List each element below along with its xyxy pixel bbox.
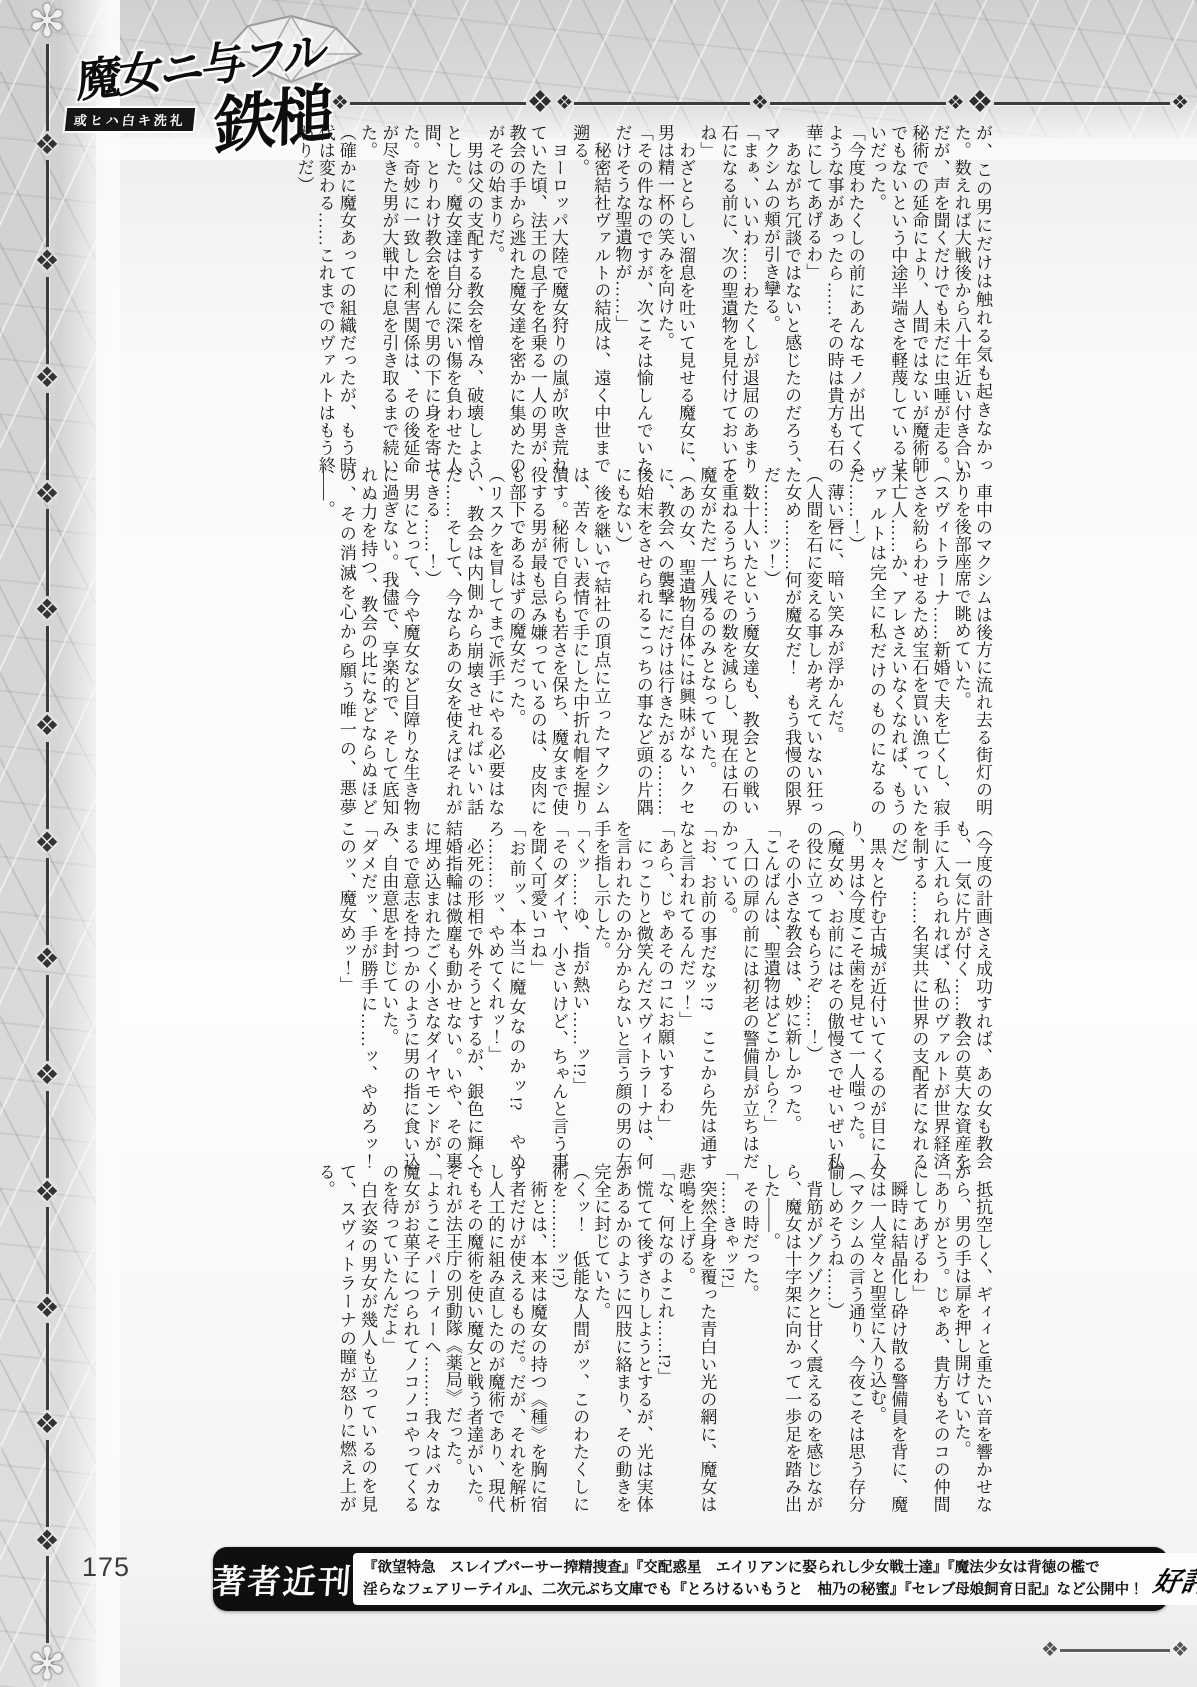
text-column-paragraph: 「お、お前の事だなッ!? ここから先は通すなと言われてるんだッ！」 [675, 820, 717, 1170]
text-column-paragraph: 抵抗空しく、ギィィと重たい音を響かせながら、男の手は扉を押し開けていた。 [951, 1163, 993, 1513]
on-sale-badge: 好評発売中！ [1151, 1560, 1197, 1599]
text-band-3: （今度の計画さえ成功すれば、あの女も教会も、一気に片が付く……教会の莫大な資産を… [336, 820, 993, 1170]
text-column-paragraph: （リスクを冒してまで派手にやる必要はない、教会は内側から崩壊させればいい話だ……… [421, 466, 506, 816]
ornament-link-line [574, 102, 750, 105]
text-column-paragraph: 「その件なのですが、次こそは愉しんでいただけそうな聖遺物が……」 [611, 124, 653, 474]
text-band-1: が、この男にだけは触れる気も起きなかった。数えれば大戦後から八十年近い付き合いだ… [293, 124, 993, 474]
text-column-paragraph: 秘密結社ヴァルトの結成は、遠く中世まで遡る。 [569, 124, 611, 474]
text-column-paragraph: 「今度わたくしの前にあんなモノが出てくるような事があったら……その時は貴方も石の… [802, 124, 866, 474]
text-column-paragraph: 慌てて後ずさりしようとするが、光は実体があるかのように四肢に絡まり、その動きを完… [590, 1163, 654, 1513]
text-column-paragraph: 男は父の支配する教会を憎み、破壊しようとした。魔女達は自分に深い傷を負わせた人間… [357, 124, 484, 474]
ornament-link-line [46, 858, 49, 945]
ornament-link-line [46, 1091, 49, 1178]
diamond-ornament-icon: ❖ [34, 247, 59, 276]
author-works-footer: 著者近刊 『欲望特急 スレイブバーサー搾精捜査』『交配惑星 エイリアンに娶られし… [213, 1547, 1168, 1611]
diamond-ornament-icon: ❖ [1171, 93, 1189, 113]
text-column-paragraph: 数十人いたという魔女達も、教会との戦いを重ねるうちにその数を減らし、現在は石の魔… [696, 466, 760, 816]
text-column-paragraph: （マクシムの言う通り、今夜こそは思う存分愉しめそうね……） [823, 1163, 865, 1513]
diamond-ornament-icon: ❖ [34, 712, 59, 741]
text-column-paragraph: （くッ！ 低能な人間がッ、このわたくしに術を………ッ!?） [548, 1163, 590, 1513]
diamond-ornament-icon: ❖ [34, 131, 59, 160]
crystal-ornament-icon: ✻ [29, 0, 66, 44]
text-column-paragraph: 「……きゃッ!?」 [717, 1163, 738, 1513]
text-column-paragraph: 後を継いで結社の頂点に立ったマクシムは、苦々しい表情で手にした中折れ帽を握り潰す… [505, 466, 611, 816]
text-column-paragraph: 車中のマクシムは後方に流れ去る街灯の明かりを後部座席で眺めていた。 [951, 466, 993, 816]
footer-label: 著者近刊 [211, 1556, 354, 1603]
ornament-link-line [350, 102, 526, 105]
text-column-paragraph: わざとらしい溜息を吐いて見せる魔女に、男は精一杯の笑みを向けた。 [654, 124, 696, 474]
text-column-paragraph: 「そのダイヤ、小さいけど、ちゃんと言う事を聞く可愛いコね」 [527, 820, 569, 1170]
ornament-link-line [46, 1556, 49, 1643]
text-column-paragraph: 「あら、じゃあそのコにお願いするわ」 [654, 820, 675, 1170]
diamond-ornament-icon: ❖ [1041, 1640, 1059, 1660]
ornament-link-line [46, 393, 49, 480]
diamond-ornament-icon: ❖ [34, 1178, 59, 1207]
footer-book-list: 『欲望特急 スレイブバーサー搾精捜査』『交配惑星 エイリアンに娶られし少女戦士達… [363, 1557, 1144, 1602]
ornament-link-line [770, 102, 946, 105]
text-column-paragraph: 突然全身を覆った青白い光の網に、魔女は悲鳴を上げる。 [675, 1163, 717, 1513]
ornament-link-line [46, 1323, 49, 1410]
text-column-paragraph: 瞬時に結晶化し砕け散る警備員を背に、魔女は一人堂々と聖堂に入り込む。 [866, 1163, 908, 1513]
magazine-page: { "page": { "number": "175" }, "logo": {… [0, 0, 1197, 1687]
text-column-paragraph: （今度の計画さえ成功すれば、あの女も教会も、一気に片が付く……教会の莫大な資産を… [887, 820, 993, 1170]
logo-subtitle: 或ヒハ白キ洗礼 [65, 108, 195, 131]
diamond-ornament-icon: ❖ [34, 480, 59, 509]
text-column-paragraph: 「こんばんは、聖遺物はどこかしら？」 [760, 820, 781, 1170]
footer-panel: 『欲望特急 スレイブバーサー搾精捜査』『交配惑星 エイリアンに娶られし少女戦士達… [353, 1553, 1197, 1605]
text-column-paragraph: 「な、何なのよこれ……!?」 [654, 1163, 675, 1513]
text-column-paragraph: 「まぁ、いいわ……わたくしが退屈のあまり石になる前に、次の聖遺物を見付けておいて… [696, 124, 760, 474]
text-column-paragraph: 背筋がゾクゾクと甘く震えるのを感じながら、魔女は十字架に向かって一歩足を踏み出し… [760, 1163, 824, 1513]
text-band-4: 抵抗空しく、ギィィと重たい音を響かせながら、男の手は扉を押し開けていた。「ありが… [315, 1163, 994, 1513]
diamond-ornament-icon: ❖ [34, 1294, 59, 1323]
text-column-paragraph: 薄い唇に、暗い笑みが浮かんだ。 [823, 466, 844, 816]
ornament-link-line [46, 277, 49, 364]
ornament-link-line [46, 975, 49, 1062]
diamond-ornament-icon: ❖ [34, 596, 59, 625]
diamond-ornament-icon: ❖ [1171, 1640, 1189, 1660]
text-band-2: 車中のマクシムは後方に流れ去る街灯の明かりを後部座席で眺めていた。（スヴィトラー… [315, 466, 994, 816]
text-column-paragraph: にっこりと微笑んだスヴィトラーナは、何を言われたのか分からないと言う顔の男の左手… [590, 820, 654, 1170]
top-border-ornament: ❖❖❖❖❖❖❖ [330, 88, 1190, 118]
text-column-paragraph: その小さな教会は、妙に新しかった。 [781, 820, 802, 1170]
text-column-paragraph: （あの女、聖遺物自体には興味がないクセに、教会への襲撃にだけは行きたがる………後… [611, 466, 696, 816]
bottom-right-ornament: ❖❖ [1040, 1640, 1190, 1660]
diamond-ornament-icon: ❖ [555, 93, 573, 113]
diamond-ornament-icon: ❖ [34, 1061, 59, 1090]
ornament-link-line [46, 44, 49, 131]
ornament-link-line [46, 742, 49, 829]
diamond-ornament-icon: ❖ [34, 945, 59, 974]
diamond-ornament-icon: ❖ [34, 1410, 59, 1439]
ornament-link-line [994, 102, 1170, 105]
text-column-paragraph: 術とは、本来は魔女の持つ《種》を胸に宿す者だけが使えるものだ。だが、それを解析し… [442, 1163, 548, 1513]
text-column-paragraph: （スヴィトラーナ……新婚で夫を亡くし、寂しさを紛らわせるため宝石を買い漁っていた… [845, 466, 951, 816]
ornament-link-line [46, 626, 49, 713]
text-column-paragraph: （魔女め、お前にはその傲慢さでせいぜい私の役に立ってもらうぞ……！） [802, 820, 844, 1170]
text-column-paragraph: ヨーロッパ大陸で魔女狩りの嵐が吹き荒れていた頃、法王の息子を名乗る一人の男が、教… [484, 124, 569, 474]
ornament-link-line [46, 509, 49, 596]
text-column-paragraph: 「ありがとう。じゃあ、貴方もそのコの仲間にしてあげるわ」 [908, 1163, 950, 1513]
text-column-paragraph: 「ダメだッ、手が勝手に……ッ、やめろッ！ このッ、魔女めッ！」 [336, 820, 378, 1170]
text-column-paragraph: 黒々と佇む古城が近付いてくるのが目に入り、男は今度こそ歯を見せて一人嗤った。 [845, 820, 887, 1170]
text-column-paragraph: 「お前ッ、本当に魔女なのかッ!? やめろ………ッ、やめてくれッ！」 [484, 820, 526, 1170]
text-column-paragraph: 必死の形相で外そうとするが、銀色に輝く結婚指輪は微塵も動かせない。いや、その裏に… [378, 820, 484, 1170]
diamond-ornament-icon: ❖ [34, 1527, 59, 1556]
footer-book-list-line2: 淫らなフェアリーテイル』、二次元ぷち文庫でも『とろけるいもうと 柚乃の秘蜜』『セ… [363, 1579, 1144, 1601]
text-column-paragraph: 「くッ……ゆ、指が熱い……ッ!?」 [569, 820, 590, 1170]
diamond-ornament-icon: ❖ [527, 88, 554, 118]
page-number: 175 [82, 1552, 130, 1583]
ornament-link-line [1060, 1649, 1170, 1652]
ornament-link-line [46, 160, 49, 247]
text-column-paragraph: （確かに魔女あっての組織だったが、もう時代は変わる……これまでのヴァルトはもう終… [293, 124, 357, 474]
ornament-link-line [46, 1207, 49, 1294]
text-column-paragraph: が、この男にだけは触れる気も起きなかった。数えれば大戦後から八十年近い付き合いだ… [866, 124, 993, 474]
text-column-paragraph: その時だった。 [739, 1163, 760, 1513]
ornament-link-line [46, 1440, 49, 1527]
diamond-ornament-icon: ❖ [967, 88, 994, 118]
left-border-ornament: ✻❖❖❖❖❖❖❖❖❖❖❖❖❖✻ [14, 0, 80, 1687]
footer-book-list-line1: 『欲望特急 スレイブバーサー搾精捜査』『交配惑星 エイリアンに娶られし少女戦士達… [363, 1557, 1144, 1579]
diamond-ornament-icon: ❖ [751, 93, 769, 113]
crystal-ornament-icon: ✻ [29, 1643, 66, 1687]
text-column-paragraph: あながち冗談ではないと感じたのだろう、マクシムの頬が引き攣る。 [760, 124, 802, 474]
diamond-ornament-icon: ❖ [34, 364, 59, 393]
text-column-paragraph: 「ようこそパーティーへ………我々はバカな魔女がお菓子につられてノコノコやってくる… [378, 1163, 442, 1513]
text-column-paragraph: 白衣姿の男女が幾人も立っているのを見て、スヴィトラーナの瞳が怒りに燃え上がる。 [315, 1163, 379, 1513]
diamond-ornament-icon: ❖ [947, 93, 965, 113]
text-column-paragraph: （人間を石に変える事しか考えていない狂った女め………何が魔女だ！ もう我慢の限界… [760, 466, 824, 816]
text-column-paragraph: 男にとって、今や魔女など目障りな生き物に過ぎない。我儘で、享楽的で、そして底知れ… [315, 466, 421, 816]
text-column-paragraph: 入口の扉の前には初老の警備員が立ちはだかっている。 [717, 820, 759, 1170]
diamond-ornament-icon: ❖ [34, 829, 59, 858]
